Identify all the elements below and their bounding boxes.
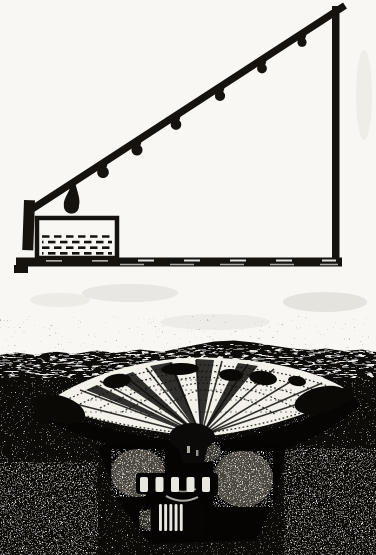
vessel-highlight bbox=[180, 504, 183, 531]
ground-bar-foot bbox=[14, 265, 28, 273]
sky-smudge bbox=[160, 314, 270, 330]
vessel-highlight bbox=[202, 477, 210, 492]
vessel-highlight bbox=[156, 477, 164, 492]
right-post bbox=[332, 6, 340, 266]
vessel-highlight bbox=[169, 504, 172, 531]
sky-smudge bbox=[82, 284, 178, 302]
sky-smudge bbox=[30, 293, 90, 307]
sky-smudge bbox=[283, 292, 367, 312]
vessel-highlight bbox=[164, 504, 167, 531]
vessel-highlight bbox=[187, 477, 195, 492]
water-drop bbox=[97, 166, 109, 178]
vessel-highlight bbox=[171, 477, 179, 492]
water-drop bbox=[132, 144, 143, 155]
margin-smudge bbox=[356, 50, 372, 140]
figure-canvas bbox=[0, 0, 376, 555]
water-drop bbox=[215, 91, 225, 101]
water-drop bbox=[257, 64, 267, 74]
vessel-highlight bbox=[159, 504, 162, 531]
water-drop bbox=[171, 119, 182, 130]
vessel-highlight bbox=[175, 504, 178, 531]
collection-tank bbox=[37, 218, 117, 258]
left-post bbox=[22, 200, 35, 250]
water-drop bbox=[297, 38, 306, 47]
vessel-highlight bbox=[140, 477, 148, 492]
scanned-page bbox=[0, 0, 376, 555]
side-rock bbox=[334, 388, 354, 402]
side-rock bbox=[33, 409, 53, 423]
